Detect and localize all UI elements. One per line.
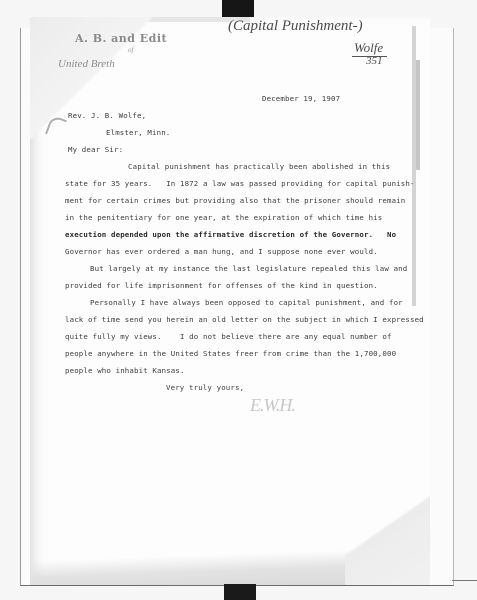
handwritten-number: 351 <box>366 55 383 67</box>
letterhead-of: of <box>128 46 133 54</box>
paper-right-strip <box>416 60 420 170</box>
body-line: Personally I have always been opposed to… <box>90 298 403 307</box>
letterhead-organization: A. B. and Edit <box>75 32 167 45</box>
scanned-document: A. B. and Edit of United Breth (Capital … <box>0 0 477 600</box>
body-line: people who inhabit Kansas. <box>65 366 185 375</box>
body-line: people anywhere in the United States fre… <box>65 349 396 358</box>
paper-fold-bottom-right <box>345 470 430 585</box>
handwritten-subject: (Capital Punishment-) <box>228 18 363 35</box>
letterhead-subtitle: United Breth <box>58 58 115 70</box>
closing: Very truly yours, <box>166 383 244 392</box>
backing-edge <box>452 580 477 581</box>
mount-tab-bottom <box>224 584 256 600</box>
recipient-name: Rev. J. B. Wolfe, <box>68 111 146 120</box>
body-line: provided for life imprisonment for offen… <box>65 281 378 290</box>
recipient-location: Elmster, Minn. <box>106 128 170 137</box>
body-line: in the penitentiary for one year, at the… <box>65 213 382 222</box>
body-line: quite fully my views. I do not believe t… <box>65 332 392 341</box>
salutation: My dear Sir: <box>68 145 123 154</box>
body-line: ment for certain crimes but providing al… <box>65 196 405 205</box>
letter-date: December 19, 1907 <box>262 94 340 103</box>
body-line: Capital punishment has practically been … <box>128 162 390 171</box>
mount-tab-top <box>222 0 254 18</box>
body-line: Governor has ever ordered a man hung, an… <box>65 247 378 256</box>
signature: E.W.H. <box>250 395 340 420</box>
body-line: But largely at my instance the last legi… <box>90 264 407 273</box>
body-line: execution depended upon the affirmative … <box>65 230 396 239</box>
body-line: state for 35 years. In 1872 a law was pa… <box>65 179 415 188</box>
body-line: lack of time send you herein an old lett… <box>65 315 424 324</box>
